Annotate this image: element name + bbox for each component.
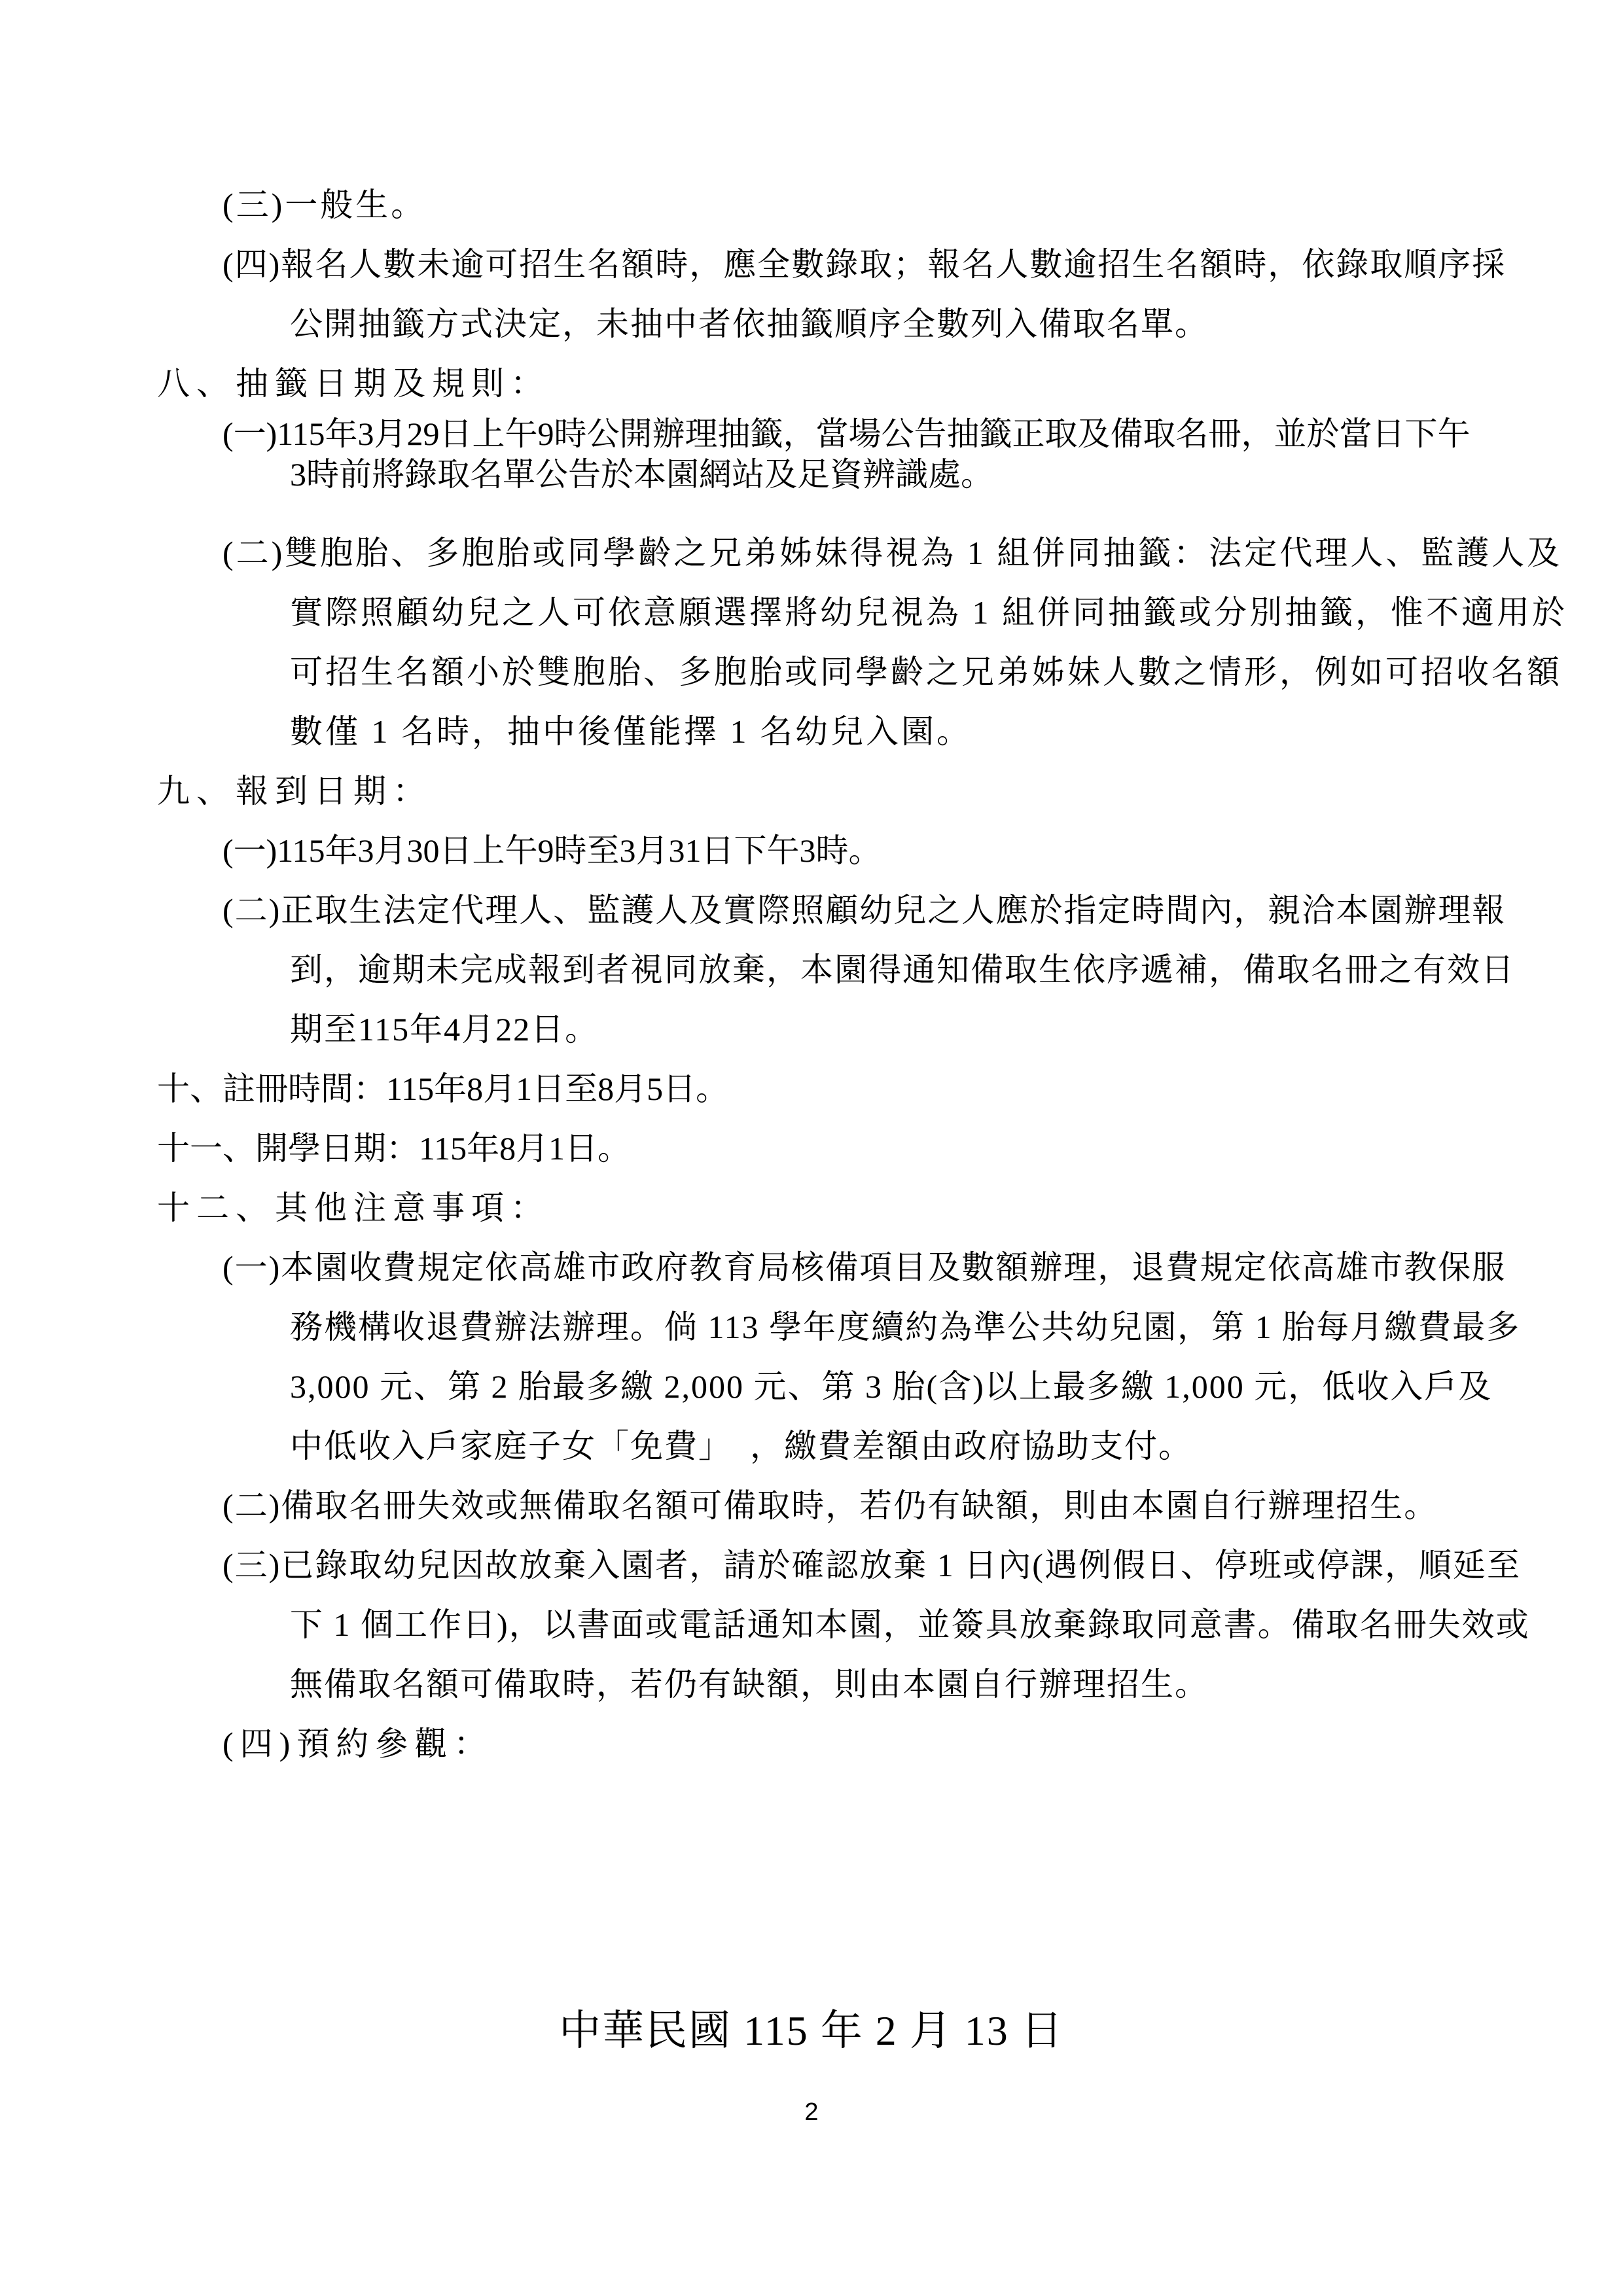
section-9-heading: 九、報到日期：: [157, 762, 1623, 821]
section-heading-line: 十二、其他注意事項：: [157, 1178, 1623, 1238]
paragraph-line: (一)115年3月29日上午9時公開辦理抽籤，當場公告抽籤正取及備取名冊，並於當…: [223, 414, 1623, 454]
paragraph-line: (二)正取生法定代理人、監護人及實際照顧幼兒之人應於指定時間內，親洽本園辦理報: [223, 881, 1623, 940]
paragraph-line: (三)一般生。: [223, 175, 1623, 235]
section-11-school-start-date: 十一、開學日期：115年8月1日。: [157, 1119, 1623, 1178]
paragraph-line: (一)本園收費規定依高雄市政府教育局核備項目及數額辦理，退費規定依高雄市教保服: [223, 1238, 1623, 1298]
section-8-item-2: (二)雙胞胎、多胞胎或同學齡之兄弟姊妹得視為 1 組併同抽籤：法定代理人、監護人…: [157, 523, 1623, 762]
section-9-item-1: (一)115年3月30日上午9時至3月31日下午3時。: [157, 821, 1623, 881]
paragraph-line: (四)報名人數未逾可招生名額時，應全數錄取；報名人數逾招生名額時，依錄取順序採: [223, 235, 1623, 294]
paragraph-line: 到，逾期未完成報到者視同放棄，本園得通知備取生依序遞補，備取名冊之有效日: [290, 940, 1623, 1000]
section-heading-line: 九、報到日期：: [157, 762, 1623, 821]
paragraph-line: 中低收入戶家庭子女「免費」 ，繳費差額由政府協助支付。: [290, 1417, 1623, 1476]
section-8-item-1: (一)115年3月29日上午9時公開辦理抽籤，當場公告抽籤正取及備取名冊，並於當…: [157, 414, 1623, 495]
section-8-heading: 八、抽籤日期及規則：: [157, 354, 1623, 414]
item-4-lottery-admission-rule: (四)報名人數未逾可招生名額時，應全數錄取；報名人數逾招生名額時，依錄取順序採 …: [157, 235, 1623, 354]
paragraph-line: (四)預約參觀：: [223, 1714, 1623, 1774]
section-heading-line: 十、註冊時間：115年8月1日至8月5日。: [157, 1059, 1623, 1119]
paragraph-line: 下 1 個工作日)，以書面或電話通知本園，並簽具放棄錄取同意書。備取名冊失效或: [290, 1595, 1623, 1655]
paragraph-line: (二)雙胞胎、多胞胎或同學齡之兄弟姊妹得視為 1 組併同抽籤：法定代理人、監護人…: [223, 523, 1623, 583]
section-12-item-2: (二)備取名冊失效或無備取名額可備取時，若仍有缺額，則由本園自行辦理招生。: [157, 1476, 1623, 1536]
item-3-general-student: (三)一般生。: [157, 175, 1623, 235]
document-page: (三)一般生。 (四)報名人數未逾可招生名額時，應全數錄取；報名人數逾招生名額時…: [0, 0, 1623, 2296]
section-12-item-1: (一)本園收費規定依高雄市政府教育局核備項目及數額辦理，退費規定依高雄市教保服 …: [157, 1238, 1623, 1476]
paragraph-line: 無備取名額可備取時，若仍有缺額，則由本園自行辦理招生。: [290, 1655, 1623, 1714]
paragraph-line: 可招生名額小於雙胞胎、多胞胎或同學齡之兄弟姊妹人數之情形，例如可招收名額: [290, 643, 1623, 702]
paragraph-line: 期至115年4月22日。: [290, 1000, 1623, 1059]
section-9-item-2: (二)正取生法定代理人、監護人及實際照顧幼兒之人應於指定時間內，親洽本園辦理報 …: [157, 881, 1623, 1059]
section-12-item-4: (四)預約參觀：: [157, 1714, 1623, 1774]
page-number: 2: [0, 2096, 1623, 2128]
section-12-heading: 十二、其他注意事項：: [157, 1178, 1623, 1238]
paragraph-line: 3,000 元、第 2 胎最多繳 2,000 元、第 3 胎(含)以上最多繳 1…: [290, 1357, 1623, 1417]
paragraph-line: (一)115年3月30日上午9時至3月31日下午3時。: [223, 821, 1623, 881]
paragraph-line: (二)備取名冊失效或無備取名額可備取時，若仍有缺額，則由本園自行辦理招生。: [223, 1476, 1623, 1536]
paragraph-line: 務機構收退費辦法辦理。倘 113 學年度續約為準公共幼兒園，第 1 胎每月繳費最…: [290, 1298, 1623, 1357]
section-heading-line: 十一、開學日期：115年8月1日。: [157, 1119, 1623, 1178]
paragraph-line: 3時前將錄取名單公告於本園網站及足資辨識處。: [290, 454, 1623, 495]
paragraph-line: 實際照顧幼兒之人可依意願選擇將幼兒視為 1 組併同抽籤或分別抽籤，惟不適用於: [290, 583, 1623, 643]
section-12-item-3: (三)已錄取幼兒因故放棄入園者，請於確認放棄 1 日內(遇例假日、停班或停課，順…: [157, 1536, 1623, 1714]
section-heading-line: 八、抽籤日期及規則：: [157, 354, 1623, 414]
paragraph-line: 公開抽籤方式決定，未抽中者依抽籤順序全數列入備取名單。: [290, 294, 1623, 354]
paragraph-line: (三)已錄取幼兒因故放棄入園者，請於確認放棄 1 日內(遇例假日、停班或停課，順…: [223, 1536, 1623, 1595]
roc-date-line: 中華民國 115 年 2 月 13 日: [0, 2002, 1623, 2060]
document-body: (三)一般生。 (四)報名人數未逾可招生名額時，應全數錄取；報名人數逾招生名額時…: [0, 0, 1623, 1774]
section-10-registration-time: 十、註冊時間：115年8月1日至8月5日。: [157, 1059, 1623, 1119]
paragraph-line: 數僅 1 名時，抽中後僅能擇 1 名幼兒入園。: [290, 702, 1623, 762]
